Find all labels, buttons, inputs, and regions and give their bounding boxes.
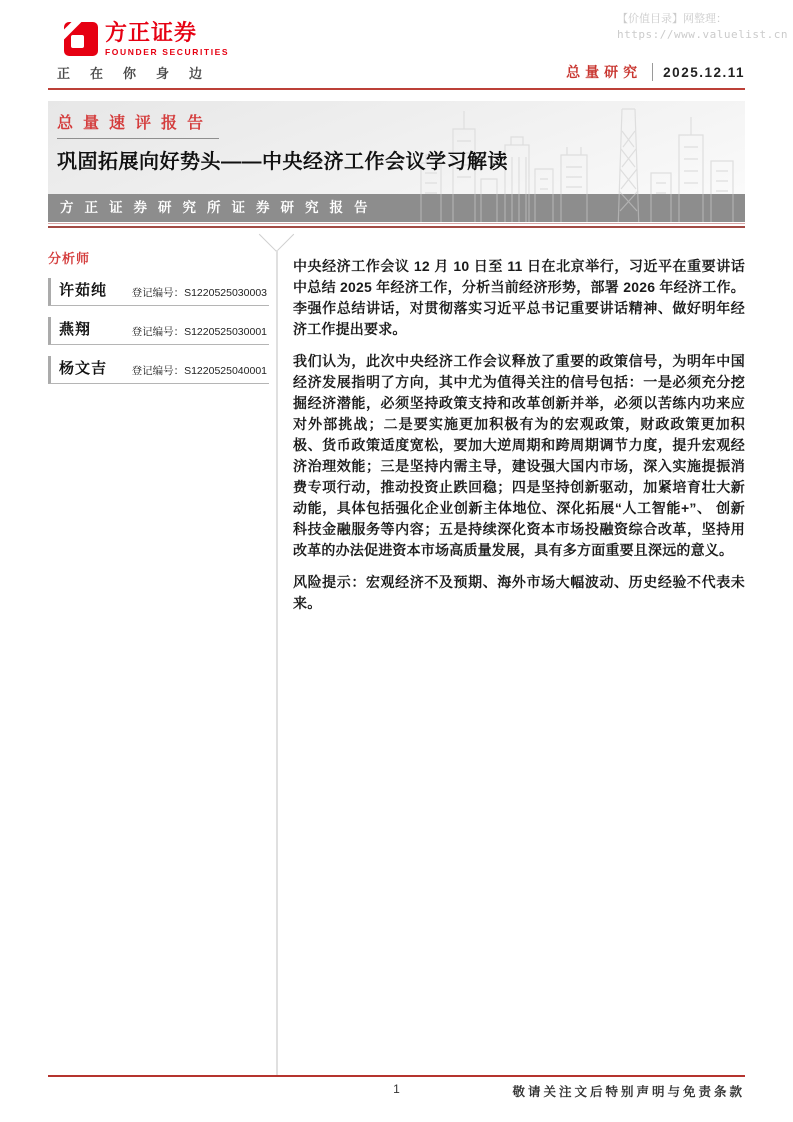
analyst-reg-no: 登记编号：S1220525030001 <box>132 324 267 339</box>
footer-notice: 敬请关注文后特别声明与免责条款 <box>512 1082 745 1100</box>
report-body: 中央经济工作会议 12 月 10 日至 11 日在北京举行，习近平在重要讲话中总… <box>293 256 745 625</box>
analysts-section-label: 分析师 <box>48 248 269 267</box>
brand-name-en: FOUNDER SECURITIES <box>105 47 229 57</box>
watermark: 【价值目录】网整理： https://www.valuelist.cn <box>617 12 788 42</box>
analyst-reg-no: 登记编号：S1220525030003 <box>132 285 267 300</box>
footer: 1 敬请关注文后特别声明与免责条款 <box>48 1082 745 1100</box>
page-title: 巩固拓展向好势头——中央经济工作会议学习解读 <box>57 145 745 174</box>
footer-rule <box>48 1075 745 1077</box>
watermark-url: https://www.valuelist.cn <box>617 27 788 42</box>
report-date: 2025.12.11 <box>663 65 745 80</box>
header-meta: 总量研究 2025.12.11 <box>566 62 745 82</box>
category-label: 总量研究 <box>566 62 642 82</box>
header-rule <box>48 88 745 90</box>
report-header: 总量速评报告 巩固拓展向好势头——中央经济工作会议学习解读 方正证券研究所证券研… <box>48 101 745 228</box>
meta-divider <box>652 63 653 81</box>
analyst-reg-label: 登记编号： <box>132 326 185 338</box>
analysts-panel: 分析师 许茹纯 登记编号：S1220525030003 燕翔 登记编号：S122… <box>48 248 269 384</box>
brand-name: 方正证券 <box>105 22 229 44</box>
brand-logo: 方正证券 FOUNDER SECURITIES <box>64 22 229 57</box>
banner-rule-light <box>48 223 745 224</box>
banner-rule-dark <box>48 226 745 228</box>
report-page: 方正证券 FOUNDER SECURITIES 正在你身边 【价值目录】网整理：… <box>0 0 793 1122</box>
founder-logo-icon <box>64 22 98 56</box>
banner: 方正证券研究所证券研究报告 <box>48 194 745 222</box>
brand-text: 方正证券 FOUNDER SECURITIES <box>105 22 229 57</box>
analyst-name: 杨文吉 <box>59 357 107 378</box>
risk-paragraph: 风险提示：宏观经济不及预期、海外市场大幅波动、历史经验不代表未来。 <box>293 572 745 614</box>
analyst-row: 杨文吉 登记编号：S1220525040001 <box>48 356 269 384</box>
analyst-reg-number: S1220525040001 <box>184 365 267 377</box>
analyst-reg-label: 登记编号： <box>132 287 185 299</box>
title-area: 总量速评报告 巩固拓展向好势头——中央经济工作会议学习解读 <box>48 101 745 194</box>
page-number: 1 <box>393 1082 400 1096</box>
banner-title: 方正证券研究所证券研究报告 <box>48 194 745 222</box>
analyst-name: 许茹纯 <box>59 279 107 300</box>
series-label: 总量速评报告 <box>57 110 219 139</box>
analyst-reg-number: S1220525030003 <box>184 287 267 299</box>
analyst-row: 许茹纯 登记编号：S1220525030003 <box>48 278 269 306</box>
brand-slogan: 正在你身边 <box>57 63 222 82</box>
watermark-line1: 【价值目录】网整理： <box>617 12 788 27</box>
analyst-reg-label: 登记编号： <box>132 365 185 377</box>
analyst-row: 燕翔 登记编号：S1220525030001 <box>48 317 269 345</box>
body-paragraph: 我们认为，此次中央经济工作会议释放了重要的政策信号，为明年中国经济发展指明了方向… <box>293 351 745 561</box>
analyst-reg-number: S1220525030001 <box>184 326 267 338</box>
column-divider <box>276 250 278 1075</box>
analyst-name: 燕翔 <box>59 318 91 339</box>
body-paragraph: 中央经济工作会议 12 月 10 日至 11 日在北京举行，习近平在重要讲话中总… <box>293 256 745 340</box>
analyst-reg-no: 登记编号：S1220525040001 <box>132 363 267 378</box>
